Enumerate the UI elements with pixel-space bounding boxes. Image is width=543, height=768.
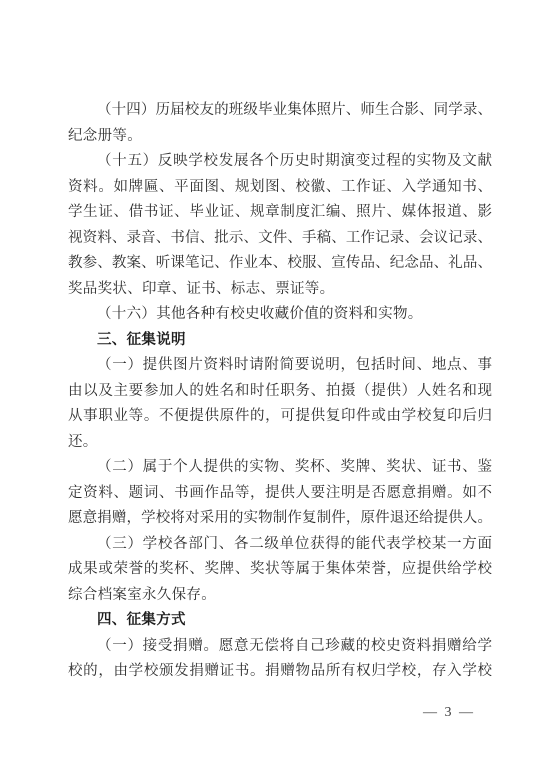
section-heading: 四、征集方式 — [68, 608, 492, 634]
text-line: （十六）其他各种有校史收藏价值的资料和实物。 — [68, 302, 492, 328]
text-line: （二）属于个人提供的实物、奖杯、奖牌、奖状、证书、鉴 — [68, 455, 492, 481]
section-heading: 三、征集说明 — [68, 328, 492, 354]
text-line: 成果或荣誉的奖杯、奖牌、奖状等属于集体荣誉，应提供给学校 — [68, 557, 492, 583]
text-line: （三）学校各部门、各二级单位获得的能代表学校某一方面 — [68, 532, 492, 558]
text-line: （十五）反映学校发展各个历史时期演变过程的实物及文献 — [68, 149, 492, 175]
text-line: （一）提供图片资料时请附简要说明，包括时间、地点、事 — [68, 353, 492, 379]
text-line: 纪念册等。 — [68, 124, 492, 150]
text-line: （一）接受捐赠。愿意无偿将自己珍藏的校史资料捐赠给学 — [68, 634, 492, 660]
text-line: 奖品奖状、印章、证书、标志、票证等。 — [68, 277, 492, 303]
text-line: 还。 — [68, 430, 492, 456]
text-line: 定资料、题词、书画作品等，提供人要注明是否愿意捐赠。如不 — [68, 481, 492, 507]
text-line: 综合档案室永久保存。 — [68, 583, 492, 609]
text-line: 学生证、借书证、毕业证、规章制度汇编、照片、媒体报道、影 — [68, 200, 492, 226]
text-line: 从事职业等。不便提供原件的，可提供复印件或由学校复印后归 — [68, 404, 492, 430]
text-line: 愿意捐赠，学校将对采用的实物制作复制件，原件退还给提供人。 — [68, 506, 492, 532]
text-line: 校的，由学校颁发捐赠证书。捐赠物品所有权归学校，存入学校 — [68, 659, 492, 685]
text-line: （十四）历届校友的班级毕业集体照片、师生合影、同学录、 — [68, 98, 492, 124]
text-line: 由以及主要参加人的姓名和时任职务、拍摄（提供）人姓名和现 — [68, 379, 492, 405]
document-text-block: （十四）历届校友的班级毕业集体照片、师生合影、同学录、纪念册等。（十五）反映学校… — [68, 98, 492, 685]
text-line: 教参、教案、听课笔记、作业本、校服、宣传品、纪念品、礼品、 — [68, 251, 492, 277]
page-number: — 3 — — [423, 703, 475, 723]
text-line: 视资料、录音、书信、批示、文件、手稿、工作记录、会议记录、 — [68, 226, 492, 252]
document-page: （十四）历届校友的班级毕业集体照片、师生合影、同学录、纪念册等。（十五）反映学校… — [0, 0, 543, 768]
text-line: 资料。如牌匾、平面图、规划图、校徽、工作证、入学通知书、 — [68, 175, 492, 201]
